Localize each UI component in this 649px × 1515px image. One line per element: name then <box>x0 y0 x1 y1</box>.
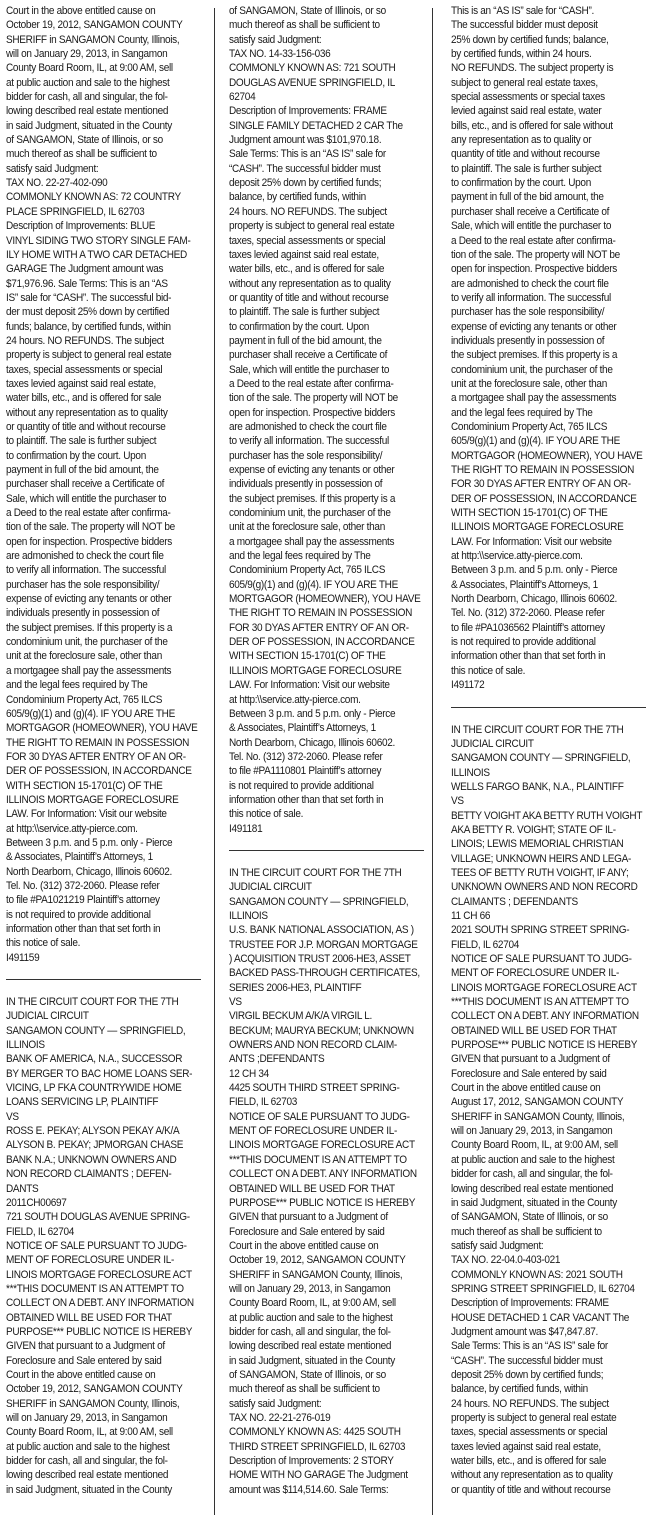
notice-line: ILLINOIS <box>6 1038 182 1052</box>
notice-line: special assessments or special taxes <box>451 90 627 104</box>
notice-line: payment in full of the bid amount, the <box>229 334 405 348</box>
notice-line: SANGAMON COUNTY — SPRINGFIELD, <box>6 1024 182 1038</box>
notice-line: is not required to provide additional <box>229 779 405 793</box>
notice-line: LINOIS MORTGAGE FORECLOSURE ACT <box>6 1268 182 1282</box>
notice-line: DER OF POSSESSION, IN ACCORDANCE <box>451 492 627 506</box>
notice-line: much thereof as shall be sufficient to <box>229 1382 405 1396</box>
notice-line: open for inspection. Prospective bidders <box>6 535 182 549</box>
notice-separator <box>451 707 646 708</box>
notice-line: at public auction and sale to the highes… <box>451 1153 627 1167</box>
notice-line: JUDICIAL CIRCUIT <box>6 1009 182 1023</box>
notice-line: GARAGE The Judgment amount was <box>6 262 182 276</box>
notice-line: 24 hours. NO REFUNDS. The subject <box>451 1397 627 1411</box>
notice-line: ILY HOME WITH A TWO CAR DETACHED <box>6 248 182 262</box>
notice-line: LOANS SERVICING LP, PLAINTIFF <box>6 1095 182 1109</box>
notice-line: “CASH”. The successful bidder must <box>451 1354 627 1368</box>
notice-line: October 19, 2012, SANGAMON COUNTY <box>6 18 182 32</box>
notice-line: Between 3 p.m. and 5 p.m. only - Pierce <box>451 563 627 577</box>
notice-line: County Board Room, IL, at 9:00 AM, sell <box>451 1138 627 1152</box>
notice-line: LAW. For Information: Visit our website <box>451 535 627 549</box>
legal-notice: Court in the above entitled cause onOcto… <box>6 4 206 965</box>
notice-line: GIVEN that pursuant to a Judgment of <box>6 1339 182 1353</box>
notice-line: to file #PA1021219 Plaintiff’s attorney <box>6 893 182 907</box>
notice-line: SINGLE FAMILY DETACHED 2 CAR The <box>229 119 405 133</box>
notice-line: BETTY VOIGHT AKA BETTY RUTH VOIGHT <box>451 809 627 823</box>
notice-line: by certified funds, within 24 hours. <box>451 47 627 61</box>
notice-line: lowing described real estate mentioned <box>451 1182 627 1196</box>
notice-line: are admonished to check the court file <box>451 277 627 291</box>
notice-line: unit at the foreclosure sale, other than <box>6 649 182 663</box>
notice-line: condominium unit, the purchaser of the <box>229 506 405 520</box>
notice-line: GIVEN that pursuant to a Judgment of <box>451 1052 627 1066</box>
notice-line: Between 3 p.m. and 5 p.m. only - Pierce <box>6 836 182 850</box>
legal-notice: of SANGAMON, State of Illinois, or somuc… <box>229 4 429 836</box>
notice-line: THIRD STREET SPRINGFIELD, IL 62703 <box>229 1440 405 1454</box>
notice-line: any representation as to quality or <box>451 133 627 147</box>
notice-line: VS <box>451 794 627 808</box>
notice-line: condominium unit, the purchaser of the <box>451 363 627 377</box>
notice-line: a mortgagee shall pay the assessments <box>451 391 627 405</box>
notice-line: Foreclosure and Sale entered by said <box>6 1354 182 1368</box>
notice-line: this notice of sale. <box>451 664 627 678</box>
notice-line: balance, by certified funds, within <box>451 1382 627 1396</box>
notice-line: satisfy said Judgment: <box>229 1397 405 1411</box>
notice-line: COLLECT ON A DEBT. ANY INFORMATION <box>229 1167 405 1181</box>
notice-line: 4425 SOUTH THIRD STREET SPRING- <box>229 1081 405 1095</box>
notice-line: information other than that set forth in <box>229 793 405 807</box>
notice-line: SERIES 2006-HE3, PLAINTIFF <box>229 981 405 995</box>
notice-line: levied against said real estate, water <box>451 104 627 118</box>
legal-notice: IN THE CIRCUIT COURT FOR THE 7THJUDICIAL… <box>229 866 429 1497</box>
notice-line: “CASH”. The successful bidder must <box>229 162 405 176</box>
notice-line: Sale, which will entitle the purchaser t… <box>6 492 182 506</box>
notice-line: deposit 25% down by certified funds; <box>229 176 405 190</box>
notice-line: County Board Room, IL, at 9:00 AM, sell <box>229 1296 405 1310</box>
notice-line: individuals presently in possession of <box>451 334 627 348</box>
notice-line: PURPOSE*** PUBLIC NOTICE IS HEREBY <box>229 1196 405 1210</box>
legal-notice: IN THE CIRCUIT COURT FOR THE 7THJUDICIAL… <box>451 723 649 1498</box>
notice-line: open for inspection. Prospective bidders <box>229 406 405 420</box>
notice-line: TAX NO. 22-27-402-090 <box>6 176 182 190</box>
notice-line: this notice of sale. <box>6 936 182 950</box>
notice-line: or quantity of title and without recours… <box>229 291 405 305</box>
notice-line: at public auction and sale to the highes… <box>6 76 182 90</box>
notice-line: UNKNOWN OWNERS AND NON RECORD <box>451 880 627 894</box>
notice-line: AKA BETTY R. VOIGHT; STATE OF IL- <box>451 823 627 837</box>
notice-separator <box>6 979 201 980</box>
notice-line: MORTGAGOR (HOMEOWNER), YOU HAVE <box>6 721 182 735</box>
notice-line: VINYL SIDING TWO STORY SINGLE FAM- <box>6 234 182 248</box>
notice-line: satisfy said Judgment: <box>229 33 405 47</box>
notice-line: lowing described real estate mentioned <box>6 1468 182 1482</box>
notice-line: DER OF POSSESSION, IN ACCORDANCE <box>229 635 405 649</box>
notice-line: Description of Improvements: FRAME <box>451 1296 627 1310</box>
notice-line: will on January 29, 2013, in Sangamon <box>6 1411 182 1425</box>
notice-line: LINOIS; LEWIS MEMORIAL CHRISTIAN <box>451 837 627 851</box>
notice-line: MENT OF FORECLOSURE UNDER IL- <box>6 1253 182 1267</box>
notice-line: purchaser shall receive a Certificate of <box>451 205 627 219</box>
notice-line: bidder for cash, all and singular, the f… <box>229 1325 405 1339</box>
notice-line: This is an “AS IS” sale for “CASH”. <box>451 4 627 18</box>
notice-line: bidder for cash, all and singular, the f… <box>451 1167 627 1181</box>
notice-line: are admonished to check the court file <box>6 549 182 563</box>
notice-line: PURPOSE*** PUBLIC NOTICE IS HEREBY <box>6 1325 182 1339</box>
notice-line: North Dearborn, Chicago, Illinois 60602. <box>6 865 182 879</box>
notice-line: tion of the sale. The property will NOT … <box>451 248 627 262</box>
notice-line: SHERIFF in SANGAMON County, Illinois, <box>229 1268 405 1282</box>
notice-line: SANGAMON COUNTY — SPRINGFIELD, <box>229 895 405 909</box>
notice-line: in said Judgment, situated in the County <box>6 119 182 133</box>
notice-line: lowing described real estate mentioned <box>229 1339 405 1353</box>
notice-line: VS <box>229 995 405 1009</box>
notice-line: TAX NO. 22-04.0-403-021 <box>451 1253 627 1267</box>
notice-line: & Associates, Plaintiff’s Attorneys, 1 <box>229 721 405 735</box>
notice-line: purchaser shall receive a Certificate of <box>6 477 182 491</box>
notice-line: bills, etc., and is offered for sale wit… <box>451 119 627 133</box>
notice-line: taxes levied against said real estate, <box>229 248 405 262</box>
notice-line: NOTICE OF SALE PURSUANT TO JUDG- <box>451 952 627 966</box>
column-1: Court in the above entitled cause onOcto… <box>6 4 206 1515</box>
notice-line: ALYSON B. PEKAY; JPMORGAN CHASE <box>6 1138 182 1152</box>
notice-line: MENT OF FORECLOSURE UNDER IL- <box>451 966 627 980</box>
notice-line: ILLINOIS MORTGAGE FORECLOSURE <box>451 520 627 534</box>
notice-line: THE RIGHT TO REMAIN IN POSSESSION <box>6 736 182 750</box>
column-divider <box>432 8 433 1515</box>
notice-line: amount was $114,514.60. Sale Terms: <box>229 1483 405 1497</box>
notice-line: DER OF POSSESSION, IN ACCORDANCE <box>6 764 182 778</box>
notice-line: 11 CH 66 <box>451 909 627 923</box>
notice-line: I491159 <box>6 951 182 965</box>
notice-line: satisfy said Judgment: <box>6 162 182 176</box>
notice-separator <box>229 850 424 851</box>
notice-line: to verify all information. The successfu… <box>451 291 627 305</box>
notice-line: CLAIMANTS ; DEFENDANTS <box>451 895 627 909</box>
notice-line: North Dearborn, Chicago, Illinois 60602. <box>451 592 627 606</box>
notice-line: at public auction and sale to the highes… <box>6 1440 182 1454</box>
notice-line: property is subject to general real esta… <box>6 348 182 362</box>
notice-line: taxes, special assessments or special <box>451 1425 627 1439</box>
notice-line: COMMONLY KNOWN AS: 72 COUNTRY <box>6 190 182 204</box>
notice-line: deposit 25% down by certified funds; <box>451 1368 627 1382</box>
notice-line: water bills, etc., and is offered for sa… <box>451 1454 627 1468</box>
notice-line: to plaintiff. The sale is further subjec… <box>6 434 182 448</box>
notice-line: VILLAGE; UNKNOWN HEIRS AND LEGA- <box>451 852 627 866</box>
notice-line: payment in full of the bid amount, the <box>6 463 182 477</box>
notice-line: 605/9(g)(1) and (g)(4). IF YOU ARE THE <box>229 578 405 592</box>
notice-line: bidder for cash, all and singular, the f… <box>6 90 182 104</box>
notice-line: $71,976.96. Sale Terms: This is an “AS <box>6 277 182 291</box>
notice-line: unit at the foreclosure sale, other than <box>229 520 405 534</box>
notice-line: ILLINOIS MORTGAGE FORECLOSURE <box>229 664 405 678</box>
notice-line: tion of the sale. The property will NOT … <box>6 520 182 534</box>
notice-line: County Board Room, IL, at 9:00 AM, sell <box>6 61 182 75</box>
notice-line: DANTS <box>6 1182 182 1196</box>
notice-line: U.S. BANK NATIONAL ASSOCIATION, AS ) <box>229 923 405 937</box>
notice-line: taxes, special assessments or special <box>229 234 405 248</box>
notice-line: in said Judgment, situated in the County <box>6 1483 182 1497</box>
notice-line: TAX NO. 22-21-276-019 <box>229 1411 405 1425</box>
notice-line: Description of Improvements: 2 STORY <box>229 1454 405 1468</box>
notice-line: October 19, 2012, SANGAMON COUNTY <box>229 1253 405 1267</box>
notice-line: Tel. No. (312) 372-2060. Please refer <box>6 879 182 893</box>
notice-line: of SANGAMON, State of Illinois, or so <box>229 4 405 18</box>
notice-line: WITH SECTION 15-1701(C) OF THE <box>229 649 405 663</box>
notice-line: individuals presently in possession of <box>229 477 405 491</box>
notice-line: Sale, which will entitle the purchaser t… <box>229 363 405 377</box>
notice-line: ILLINOIS MORTGAGE FORECLOSURE <box>6 793 182 807</box>
notice-line: SHERIFF in SANGAMON County, Illinois, <box>451 1110 627 1124</box>
notice-line: Between 3 p.m. and 5 p.m. only - Pierce <box>229 707 405 721</box>
notice-line: balance, by certified funds, within <box>229 190 405 204</box>
legal-notice: This is an “AS IS” sale for “CASH”.The s… <box>451 4 649 693</box>
notice-line: TEES OF BETTY RUTH VOIGHT, IF ANY; <box>451 866 627 880</box>
notice-line: is not required to provide additional <box>451 635 627 649</box>
notice-line: expense of evicting any tenants or other <box>229 463 405 477</box>
notice-line: FOR 30 DYAS AFTER ENTRY OF AN OR- <box>451 477 627 491</box>
notice-line: at http:\\service.atty-pierce.com. <box>229 693 405 707</box>
notice-line: ILLINOIS <box>229 909 405 923</box>
notice-line: of SANGAMON, State of Illinois, or so <box>6 133 182 147</box>
notice-line: much thereof as shall be sufficient to <box>229 18 405 32</box>
notice-line: NOTICE OF SALE PURSUANT TO JUDG- <box>6 1239 182 1253</box>
notice-line: to plaintiff. The sale is further subjec… <box>229 305 405 319</box>
notice-line: or quantity of title and without recours… <box>6 420 182 434</box>
notice-line: much thereof as shall be sufficient to <box>451 1225 627 1239</box>
notice-line: DOUGLAS AVENUE SPRINGFIELD, IL <box>229 76 405 90</box>
notice-line: information other than that set forth in <box>6 922 182 936</box>
notice-line: Foreclosure and Sale entered by said <box>451 1067 627 1081</box>
notice-line: 62704 <box>229 90 405 104</box>
notice-line: in said Judgment, situated in the County <box>229 1354 405 1368</box>
notice-line: BANK OF AMERICA, N.A., SUCCESSOR <box>6 1052 182 1066</box>
notice-line: OBTAINED WILL BE USED FOR THAT <box>451 1024 627 1038</box>
notice-line: OWNERS AND NON RECORD CLAIM- <box>229 1038 405 1052</box>
notice-line: BECKUM; MAURYA BECKUM; UNKNOWN <box>229 1024 405 1038</box>
notice-line: OBTAINED WILL BE USED FOR THAT <box>229 1182 405 1196</box>
notice-line: Tel. No. (312) 372-2060. Please refer <box>229 750 405 764</box>
notice-line: North Dearborn, Chicago, Illinois 60602. <box>229 736 405 750</box>
notice-line: tion of the sale. The property will NOT … <box>229 391 405 405</box>
notice-line: MORTGAGOR (HOMEOWNER), YOU HAVE <box>451 449 627 463</box>
notice-line: COMMONLY KNOWN AS: 721 SOUTH <box>229 61 405 75</box>
notice-line: much thereof as shall be sufficient to <box>6 147 182 161</box>
notice-line: LAW. For Information: Visit our website <box>229 678 405 692</box>
notice-line: JUDICIAL CIRCUIT <box>229 880 405 894</box>
notice-line: this notice of sale. <box>229 807 405 821</box>
notice-line: COMMONLY KNOWN AS: 2021 SOUTH <box>451 1268 627 1282</box>
notice-line: IN THE CIRCUIT COURT FOR THE 7TH <box>229 866 405 880</box>
notice-line: funds; balance, by certified funds, with… <box>6 320 182 334</box>
notice-line: Sale, which will entitle the purchaser t… <box>451 219 627 233</box>
notice-line: the subject premises. If this property i… <box>229 492 405 506</box>
notice-line: Court in the above entitled cause on <box>451 1081 627 1095</box>
notice-line: individuals presently in possession of <box>6 606 182 620</box>
notice-line: ROSS E. PEKAY; ALYSON PEKAY A/K/A <box>6 1124 182 1138</box>
notice-line: the subject premises. If this property i… <box>6 621 182 635</box>
notice-line: and the legal fees required by The <box>451 406 627 420</box>
notice-line: condominium unit, the purchaser of the <box>6 635 182 649</box>
notice-line: expense of evicting any tenants or other <box>451 320 627 334</box>
notice-line: HOME WITH NO GARAGE The Judgment <box>229 1468 405 1482</box>
notice-line: payment in full of the bid amount, the <box>451 190 627 204</box>
notice-line: water bills, etc., and is offered for sa… <box>6 391 182 405</box>
notice-line: 12 CH 34 <box>229 1067 405 1081</box>
notice-line: Condominium Property Act, 765 ILCS <box>229 563 405 577</box>
notice-line: a Deed to the real estate after confirma… <box>229 377 405 391</box>
notice-line: VIRGIL BECKUM A/K/A VIRGIL L. <box>229 1009 405 1023</box>
notice-line: 605/9(g)(1) and (g)(4). IF YOU ARE THE <box>451 434 627 448</box>
notice-line: or quantity of title and without recours… <box>451 1483 627 1497</box>
notice-line: information other than that set forth in <box>451 649 627 663</box>
notice-line: GIVEN that pursuant to a Judgment of <box>229 1210 405 1224</box>
notice-line: August 17, 2012, SANGAMON COUNTY <box>451 1095 627 1109</box>
notice-line: quantity of title and without recourse <box>451 147 627 161</box>
notice-line: in said Judgment, situated in the County <box>451 1196 627 1210</box>
notice-line: FIELD, IL 62704 <box>451 938 627 952</box>
notice-line: Judgment amount was $47,847.87. <box>451 1325 627 1339</box>
notice-line: taxes levied against said real estate, <box>6 377 182 391</box>
notice-line: are admonished to check the court file <box>229 420 405 434</box>
notice-line: water bills, etc., and is offered for sa… <box>229 262 405 276</box>
notice-line: without any representation as to quality <box>451 1468 627 1482</box>
notice-line: IN THE CIRCUIT COURT FOR THE 7TH <box>451 723 627 737</box>
notice-line: of SANGAMON, State of Illinois, or so <box>451 1210 627 1224</box>
notice-line: to plaintiff. The sale is further subjec… <box>451 162 627 176</box>
notice-line: property is subject to general real esta… <box>229 219 405 233</box>
column-divider <box>214 8 215 1515</box>
notice-line: VICING, LP FKA COUNTRYWIDE HOME <box>6 1081 182 1095</box>
notice-line: NON RECORD CLAIMANTS ; DEFEN- <box>6 1167 182 1181</box>
notice-line: Court in the above entitled cause on <box>6 1368 182 1382</box>
notice-line: COMMONLY KNOWN AS: 4425 SOUTH <box>229 1425 405 1439</box>
notice-line: ANTS ;DEFENDANTS <box>229 1052 405 1066</box>
notice-line: ***THIS DOCUMENT IS AN ATTEMPT TO <box>229 1153 405 1167</box>
notice-line: IN THE CIRCUIT COURT FOR THE 7TH <box>6 995 182 1009</box>
notice-line: 24 hours. NO REFUNDS. The subject <box>6 334 182 348</box>
notice-line: FIELD, IL 62703 <box>229 1095 405 1109</box>
notice-line: 721 SOUTH DOUGLAS AVENUE SPRING- <box>6 1210 182 1224</box>
notice-line: unit at the foreclosure sale, other than <box>451 377 627 391</box>
notice-line: HOUSE DETACHED 1 CAR VACANT The <box>451 1311 627 1325</box>
notice-line: Sale Terms: This is an “AS IS” sale for <box>451 1339 627 1353</box>
notice-line: property is subject to general real esta… <box>451 1411 627 1425</box>
notice-line: ***THIS DOCUMENT IS AN ATTEMPT TO <box>451 995 627 1009</box>
notice-line: County Board Room, IL, at 9:00 AM, sell <box>6 1425 182 1439</box>
notice-line: LINOIS MORTGAGE FORECLOSURE ACT <box>229 1138 405 1152</box>
notice-line: FOR 30 DYAS AFTER ENTRY OF AN OR- <box>6 750 182 764</box>
notice-line: to confirmation by the court. Upon <box>451 176 627 190</box>
notice-line: to verify all information. The successfu… <box>6 563 182 577</box>
notice-line: purchaser has the sole responsibility/ <box>6 578 182 592</box>
notice-line: 2021 SOUTH SPRING STREET SPRING- <box>451 923 627 937</box>
notice-line: is not required to provide additional <box>6 908 182 922</box>
notice-line: purchaser has the sole responsibility/ <box>229 449 405 463</box>
notice-line: of SANGAMON, State of Illinois, or so <box>229 1368 405 1382</box>
notice-line: LINOIS MORTGAGE FORECLOSURE ACT <box>451 981 627 995</box>
notice-line: Tel. No. (312) 372-2060. Please refer <box>451 606 627 620</box>
notice-line: OBTAINED WILL BE USED FOR THAT <box>6 1311 182 1325</box>
notice-line: and the legal fees required by The <box>229 549 405 563</box>
notice-line: & Associates, Plaintiff’s Attorneys, 1 <box>6 850 182 864</box>
notice-line: satisfy said Judgment: <box>451 1239 627 1253</box>
notice-line: MORTGAGOR (HOMEOWNER), YOU HAVE <box>229 592 405 606</box>
notice-line: subject to general real estate taxes, <box>451 76 627 90</box>
notice-line: WITH SECTION 15-1701(C) OF THE <box>451 506 627 520</box>
notice-line: to file #PA1110801 Plaintiff’s attorney <box>229 764 405 778</box>
notice-line: and the legal fees required by The <box>6 678 182 692</box>
notice-line: THE RIGHT TO REMAIN IN POSSESSION <box>229 606 405 620</box>
notice-line: ) ACQUISITION TRUST 2006-HE3, ASSET <box>229 952 405 966</box>
notice-line: FOR 30 DYAS AFTER ENTRY OF AN OR- <box>229 621 405 635</box>
notice-line: Court in the above entitled cause on <box>229 1239 405 1253</box>
notice-line: BY MERGER TO BAC HOME LOANS SER- <box>6 1067 182 1081</box>
notice-line: NOTICE OF SALE PURSUANT TO JUDG- <box>229 1110 405 1124</box>
notice-line: to confirmation by the court. Upon <box>6 449 182 463</box>
notice-line: ***THIS DOCUMENT IS AN ATTEMPT TO <box>6 1282 182 1296</box>
notice-line: without any representation as to quality <box>6 406 182 420</box>
notice-line: PURPOSE*** PUBLIC NOTICE IS HEREBY <box>451 1038 627 1052</box>
notice-line: purchaser shall receive a Certificate of <box>229 348 405 362</box>
notice-line: JUDICIAL CIRCUIT <box>451 737 627 751</box>
notice-line: & Associates, Plaintiff’s Attorneys, 1 <box>451 578 627 592</box>
notice-line: FIELD, IL 62704 <box>6 1225 182 1239</box>
notice-line: COLLECT ON A DEBT. ANY INFORMATION <box>451 1009 627 1023</box>
notice-line: will on January 29, 2013, in Sangamon <box>229 1282 405 1296</box>
notice-line: Foreclosure and Sale entered by said <box>229 1225 405 1239</box>
notice-line: a mortgagee shall pay the assessments <box>229 535 405 549</box>
notice-line: lowing described real estate mentioned <box>6 104 182 118</box>
notice-line: IS” sale for “CASH”. The successful bid- <box>6 291 182 305</box>
notice-line: will on January 29, 2013, in Sangamon <box>6 47 182 61</box>
notice-line: taxes, special assessments or special <box>6 363 182 377</box>
column-2: of SANGAMON, State of Illinois, or somuc… <box>229 4 429 1515</box>
notice-line: the subject premises. If this property i… <box>451 348 627 362</box>
notice-line: Judgment amount was $101,970.18. <box>229 133 405 147</box>
notice-line: at public auction and sale to the highes… <box>229 1311 405 1325</box>
notice-line: I491181 <box>229 822 405 836</box>
notice-line: 2011CH00697 <box>6 1196 182 1210</box>
notice-line: Description of Improvements: FRAME <box>229 104 405 118</box>
notice-line: PLACE SPRINGFIELD, IL 62703 <box>6 205 182 219</box>
notice-line: I491172 <box>451 678 627 692</box>
notice-line: at http:\\service.atty-pierce.com. <box>6 822 182 836</box>
notice-line: WELLS FARGO BANK, N.A., PLAINTIFF <box>451 780 627 794</box>
notice-line: Court in the above entitled cause on <box>6 4 182 18</box>
notice-line: WITH SECTION 15-1701(C) OF THE <box>6 779 182 793</box>
notice-line: October 19, 2012, SANGAMON COUNTY <box>6 1382 182 1396</box>
notice-line: VS <box>6 1110 182 1124</box>
notice-line: 24 hours. NO REFUNDS. The subject <box>229 205 405 219</box>
notice-line: bidder for cash, all and singular, the f… <box>6 1454 182 1468</box>
notice-line: ILLINOIS <box>451 766 627 780</box>
notice-line: The successful bidder must deposit <box>451 18 627 32</box>
notice-line: a Deed to the real estate after confirma… <box>6 506 182 520</box>
notice-line: Condominium Property Act, 765 ILCS <box>451 420 627 434</box>
notice-line: Description of Improvements: BLUE <box>6 219 182 233</box>
notice-line: BACKED PASS-THROUGH CERTIFICATES, <box>229 966 405 980</box>
notice-line: a Deed to the real estate after confirma… <box>451 234 627 248</box>
notice-line: Sale Terms: This is an “AS IS” sale for <box>229 147 405 161</box>
legal-notice: IN THE CIRCUIT COURT FOR THE 7THJUDICIAL… <box>6 995 206 1497</box>
notice-line: to verify all information. The successfu… <box>229 434 405 448</box>
notice-line: TRUSTEE FOR J.P. MORGAN MORTGAGE <box>229 938 405 952</box>
notice-line: COLLECT ON A DEBT. ANY INFORMATION <box>6 1296 182 1310</box>
column-3: This is an “AS IS” sale for “CASH”.The s… <box>451 4 649 1515</box>
notice-line: SHERIFF in SANGAMON County, Illinois, <box>6 33 182 47</box>
notice-line: to file #PA1036562 Plaintiff’s attorney <box>451 621 627 635</box>
notice-line: LAW. For Information: Visit our website <box>6 807 182 821</box>
notice-line: BANK N.A.; UNKNOWN OWNERS AND <box>6 1153 182 1167</box>
